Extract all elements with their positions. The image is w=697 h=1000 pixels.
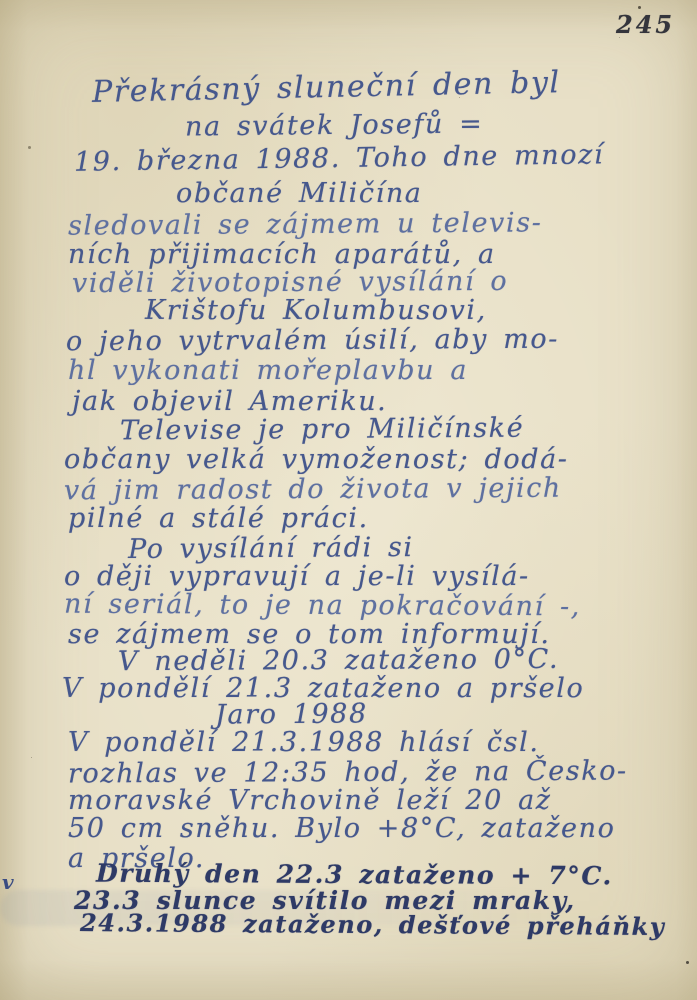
handwriting-line: jak objevil Ameriku. xyxy=(72,386,387,417)
handwriting-line: moravské Vrchovině leží 20 až xyxy=(68,785,552,816)
handwriting-line: vá jim radost do života v jejich xyxy=(64,473,562,507)
handwriting-line: 24.3.1988 zataženo, dešťové přeháňky xyxy=(80,908,666,941)
handwriting-line: Krištofu Kolumbusovi, xyxy=(145,295,487,326)
paper-specks xyxy=(638,6,641,9)
handwriting-line: V pondělí 21.3.1988 hlásí čsl. xyxy=(68,727,540,758)
handwriting-line: sledovali se zájmem u televis- xyxy=(68,207,543,241)
handwriting-line: ní seriál, to je na pokračování -, xyxy=(64,589,581,623)
section-heading: Jaro 1988 xyxy=(215,698,368,730)
page-number: 245 xyxy=(616,10,675,39)
handwriting-line: na svátek Josefů = xyxy=(185,108,484,142)
handwriting-line: občané Miličína xyxy=(176,178,423,209)
handwriting-line: 50 cm sněhu. Bylo +8°C, zataženo xyxy=(68,813,615,844)
handwriting-line: občany velká vymoženost; dodá- xyxy=(64,444,569,475)
handwriting-line: hl vykonati mořeplavbu a xyxy=(68,355,468,386)
handwriting-line: Televise je pro Miličínské xyxy=(120,413,524,447)
handwriting-line: o ději vypravují a je-li vysílá- xyxy=(64,561,530,592)
margin-check-mark: v xyxy=(2,870,14,894)
chronicle-photo: { "document": { "page_number": "245", "l… xyxy=(0,0,697,1000)
handwriting-line: o jeho vytrvalém úsilí, aby mo- xyxy=(66,324,559,358)
handwriting-line: pilné a stálé práci. xyxy=(68,503,369,534)
